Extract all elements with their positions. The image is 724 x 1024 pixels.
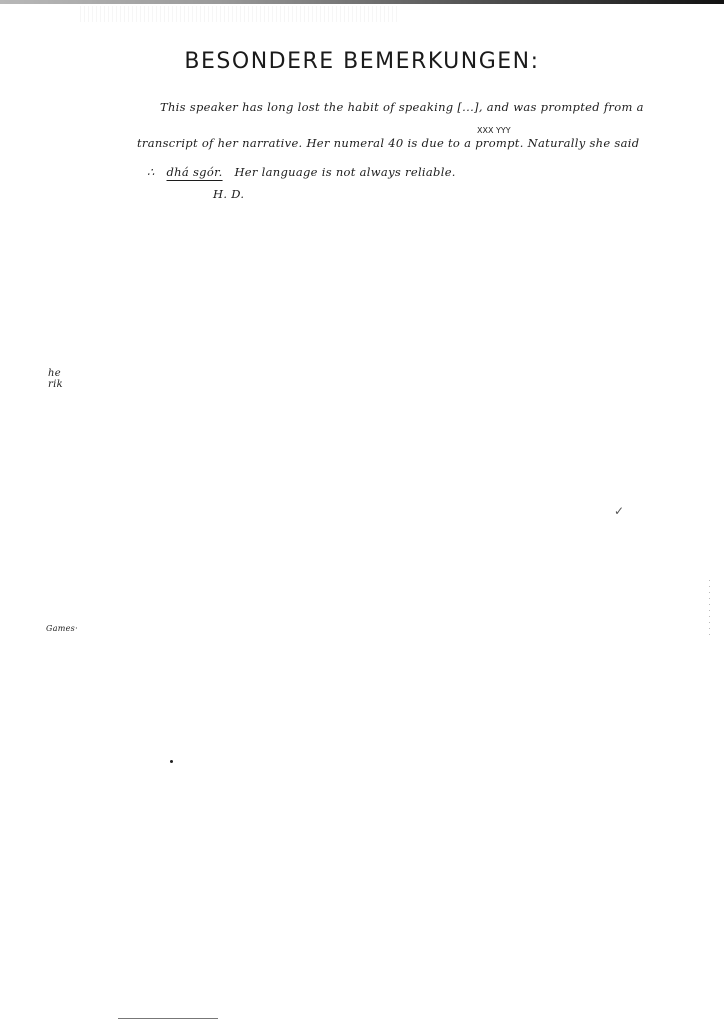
scan-noise [80,6,400,22]
note-line-1: This speaker has long lost the habit of … [160,100,644,114]
page-title: BESONDERE BEMERKUNGEN: [0,49,724,74]
margin-note-1: he rik [48,368,63,390]
note-line-3-prefix: ∴ [147,165,155,179]
check-mark-icon: ✓ [614,504,624,518]
note-initials: H. D. [213,187,244,201]
ink-dot [170,760,173,763]
note-insertion: XXX YYY [477,126,511,135]
bottom-rule [118,1018,218,1019]
note-line-3: ∴ dhá sgór. Her language is not always r… [147,165,456,179]
note-line-2: transcript of her narrative. Her numeral… [137,136,639,150]
note-line-2-start: transcript of her narrative. Her numeral… [137,136,460,150]
note-line-2-end: a prompt. Naturally she said [464,136,639,150]
note-gaelic-phrase: dhá sgór. [167,165,223,179]
scan-top-border [0,0,724,4]
scan-edge-artifact [709,580,710,640]
margin-note-2: Games· [46,624,78,633]
note-line-3-rest: Her language is not always reliable. [234,165,455,179]
